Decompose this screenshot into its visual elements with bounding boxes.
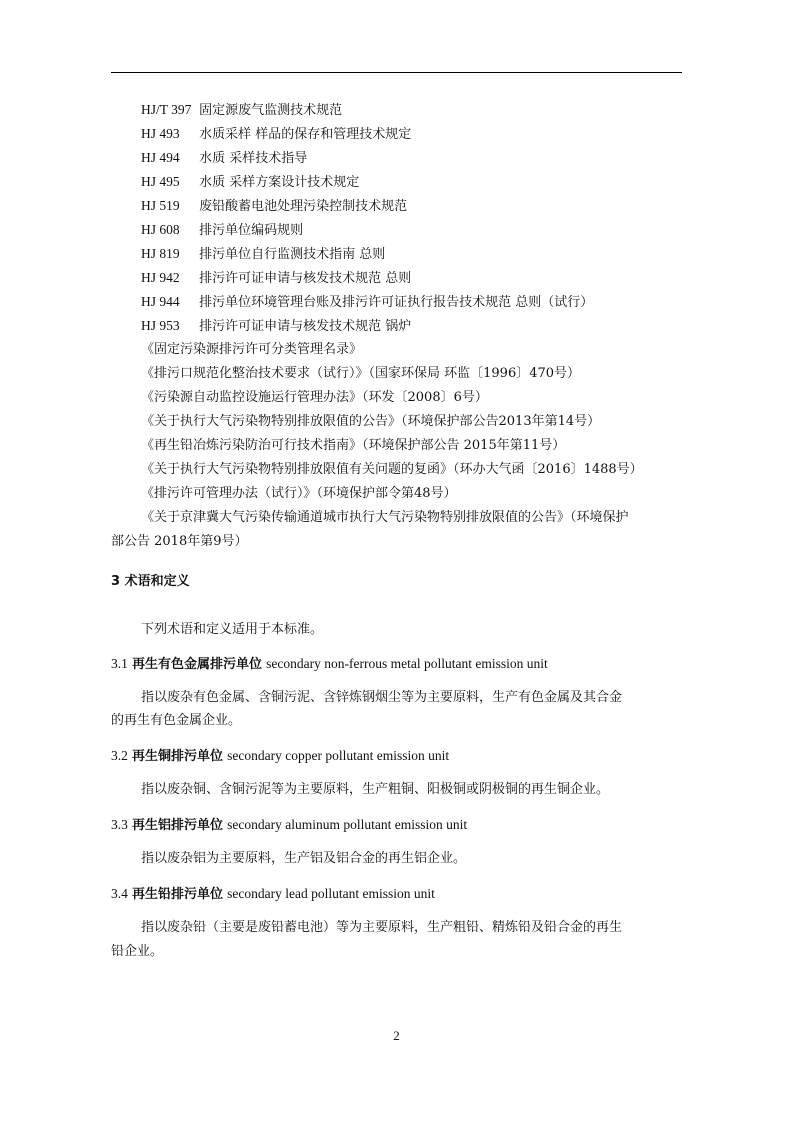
term-definition-cont: 铅企业。	[111, 944, 163, 960]
term-english: secondary copper pollutant emission unit	[227, 748, 449, 763]
document-reference: 《污染源自动监控设施运行管理办法》（环发〔2008〕6号）	[141, 390, 488, 406]
reference-item: HJ 519 废铅酸蓄电池处理污染控制技术规范	[141, 198, 407, 215]
reference-item: HJ 942 排污许可证申请与核发技术规范 总则	[141, 270, 411, 287]
reference-title: 排污单位环境管理台账及排污许可证执行报告技术规范 总则（试行）	[199, 295, 593, 310]
document-reference: 《排污许可管理办法（试行）》（环境保护部令第48号）	[141, 486, 457, 502]
term-chinese: 再生有色金属排污单位	[132, 657, 262, 672]
term-heading: 3.4 再生铅排污单位 secondary lead pollutant emi…	[111, 886, 435, 903]
reference-title: 水质 采样方案设计技术规定	[199, 175, 359, 190]
term-english: secondary lead pollutant emission unit	[227, 886, 435, 901]
term-heading: 3.1 再生有色金属排污单位 secondary non-ferrous met…	[111, 656, 548, 673]
document-reference-line2: 部公告 2018年第9号）	[111, 534, 248, 550]
reference-title: 水质 采样技术指导	[199, 151, 307, 166]
section-intro: 下列术语和定义适用于本标准。	[141, 622, 323, 638]
reference-title: 排污许可证申请与核发技术规范 锅炉	[199, 319, 411, 334]
header-rule	[111, 72, 682, 73]
term-heading: 3.3 再生铝排污单位 secondary aluminum pollutant…	[111, 817, 467, 834]
reference-item: HJ 608 排污单位编码规则	[141, 222, 303, 239]
term-chinese: 再生铝排污单位	[132, 818, 223, 833]
term-definition: 指以废杂铅（主要是废铅蓄电池）等为主要原料，生产粗铅、精炼铅及铅合金的再生	[141, 920, 622, 936]
term-number: 3.1	[111, 656, 128, 671]
reference-title: 排污单位编码规则	[199, 223, 303, 238]
reference-code: HJ 494	[141, 150, 195, 166]
term-number: 3.3	[111, 817, 128, 832]
reference-item: HJ 953 排污许可证申请与核发技术规范 锅炉	[141, 318, 411, 335]
reference-code: HJ 493	[141, 126, 195, 142]
document-reference: 《排污口规范化整治技术要求（试行）》（国家环保局 环监〔1996〕470号）	[141, 366, 580, 382]
reference-title: 水质采样 样品的保存和管理技术规定	[199, 127, 411, 142]
term-heading: 3.2 再生铜排污单位 secondary copper pollutant e…	[111, 748, 449, 765]
term-number: 3.2	[111, 748, 128, 763]
reference-code: HJ 953	[141, 318, 195, 334]
reference-title: 固定源废气监测技术规范	[199, 103, 342, 118]
term-english: secondary non-ferrous metal pollutant em…	[266, 656, 548, 671]
reference-item: HJ 493 水质采样 样品的保存和管理技术规定	[141, 126, 411, 143]
reference-item: HJ/T 397 固定源废气监测技术规范	[141, 102, 342, 119]
term-definition: 指以废杂有色金属、含铜污泥、含锌炼钢烟尘等为主要原料，生产有色金属及其合金	[141, 690, 622, 706]
reference-code: HJ 608	[141, 222, 195, 238]
term-chinese: 再生铜排污单位	[132, 749, 223, 764]
reference-code: HJ/T 397	[141, 102, 195, 118]
document-reference: 《再生铅冶炼污染防治可行技术指南》（环境保护部公告 2015年第11号）	[141, 438, 565, 454]
reference-title: 排污许可证申请与核发技术规范 总则	[199, 271, 411, 286]
term-definition-cont: 的再生有色金属企业。	[111, 713, 241, 729]
term-english: secondary aluminum pollutant emission un…	[227, 817, 467, 832]
reference-item: HJ 494 水质 采样技术指导	[141, 150, 307, 167]
reference-item: HJ 819 排污单位自行监测技术指南 总则	[141, 246, 385, 263]
document-reference: 《关于执行大气污染物特别排放限值有关问题的复函》（环办大气函〔2016〕1488…	[141, 462, 643, 478]
document-reference: 《固定污染源排污许可分类管理名录》	[141, 342, 362, 358]
term-number: 3.4	[111, 886, 128, 901]
term-definition: 指以废杂铜、含铜污泥等为主要原料，生产粗铜、阳极铜或阴极铜的再生铜企业。	[141, 782, 609, 798]
reference-title: 废铅酸蓄电池处理污染控制技术规范	[199, 199, 407, 214]
document-reference: 《关于执行大气污染物特别排放限值的公告》（环境保护部公告2013年第14号）	[141, 414, 600, 430]
reference-item: HJ 944 排污单位环境管理台账及排污许可证执行报告技术规范 总则（试行）	[141, 294, 593, 311]
document-reference-line1: 《关于京津冀大气污染传输通道城市执行大气污染物特别排放限值的公告》（环境保护	[141, 510, 629, 526]
reference-code: HJ 819	[141, 246, 195, 262]
reference-title: 排污单位自行监测技术指南 总则	[199, 247, 385, 262]
term-chinese: 再生铅排污单位	[132, 887, 223, 902]
reference-code: HJ 942	[141, 270, 195, 286]
reference-code: HJ 519	[141, 198, 195, 214]
term-definition: 指以废杂铝为主要原料，生产铝及铝合金的再生铝企业。	[141, 851, 466, 867]
reference-code: HJ 495	[141, 174, 195, 190]
page-number: 2	[0, 1028, 793, 1044]
section-heading: 3 术语和定义	[111, 574, 190, 590]
reference-code: HJ 944	[141, 294, 195, 310]
reference-item: HJ 495 水质 采样方案设计技术规定	[141, 174, 359, 191]
